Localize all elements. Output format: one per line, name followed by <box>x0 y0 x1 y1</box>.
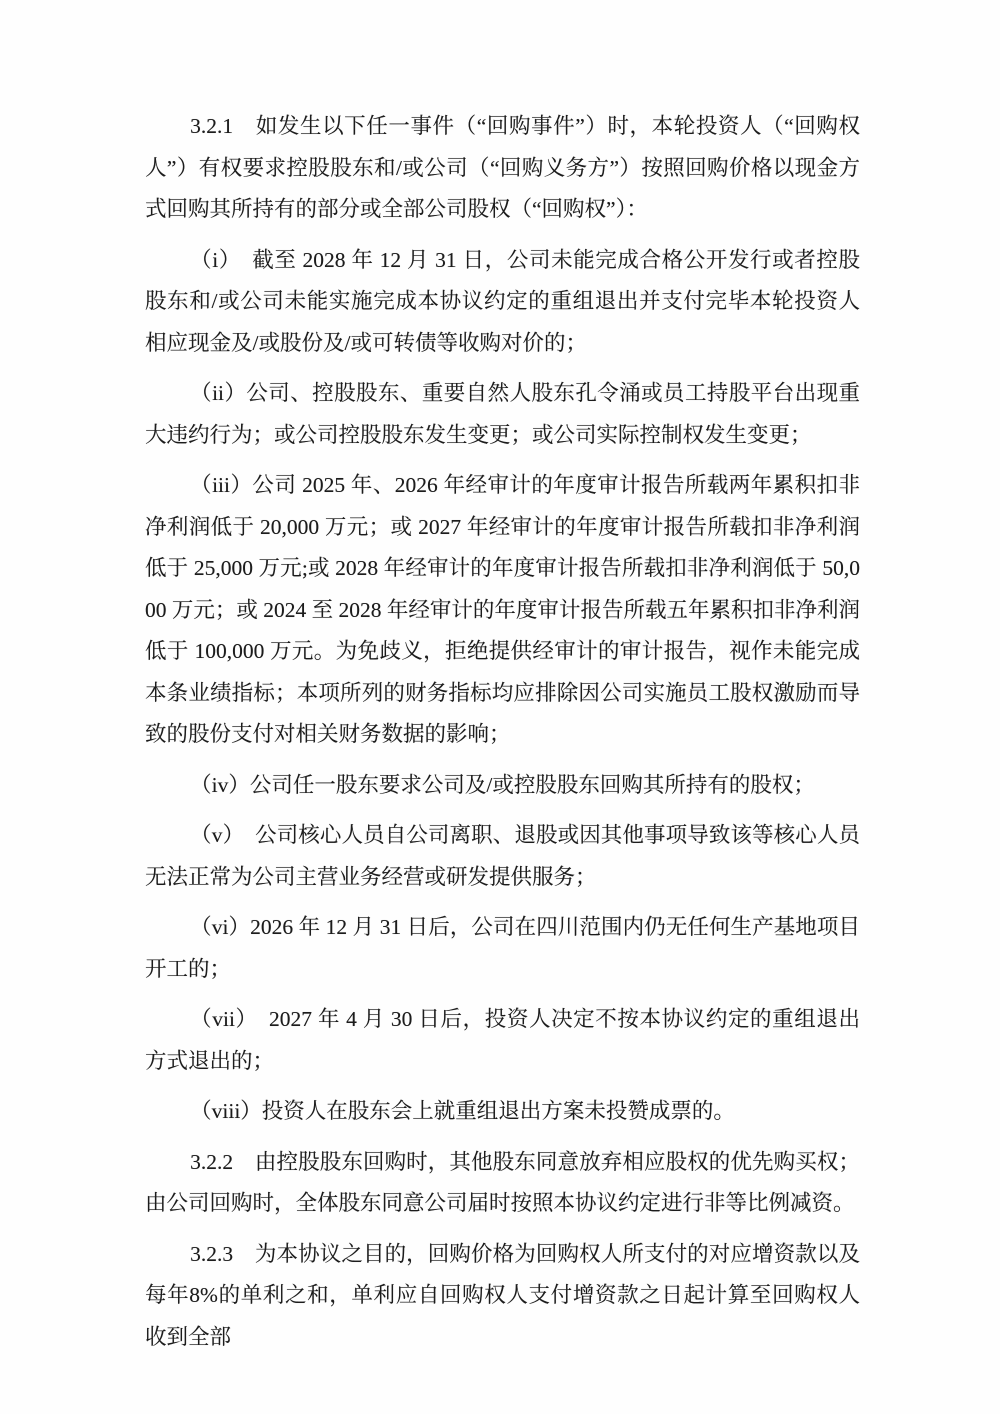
paragraph-iv: （iv）公司任一股东要求公司及/或控股股东回购其所持有的股权； <box>145 765 860 807</box>
document-body: 3.2.1 如发生以下任一事件（“回购事件”）时，本轮投资人（“回购权人”）有权… <box>145 106 860 1358</box>
document-page: 3.2.1 如发生以下任一事件（“回购事件”）时，本轮投资人（“回购权人”）有权… <box>0 0 1000 1414</box>
paragraph-vii: （vii） 2027 年 4 月 30 日后，投资人决定不按本协议约定的重组退出… <box>145 999 860 1082</box>
paragraph-iii: （iii）公司 2025 年、2026 年经审计的年度审计报告所载两年累积扣非净… <box>145 465 860 756</box>
paragraph-3-2-2: 3.2.2 由控股股东回购时，其他股东同意放弃相应股权的优先购买权；由公司回购时… <box>145 1142 860 1225</box>
paragraph-vi: （vi）2026 年 12 月 31 日后，公司在四川范围内仍无任何生产基地项目… <box>145 907 860 990</box>
paragraph-viii: （viii）投资人在股东会上就重组退出方案未投赞成票的。 <box>145 1091 860 1133</box>
paragraph-ii: （ii）公司、控股股东、重要自然人股东孔令涌或员工持股平台出现重大违约行为；或公… <box>145 373 860 456</box>
paragraph-v: （v） 公司核心人员自公司离职、退股或因其他事项导致该等核心人员无法正常为公司主… <box>145 815 860 898</box>
paragraph-i: （i） 截至 2028 年 12 月 31 日，公司未能完成合格公开发行或者控股… <box>145 240 860 365</box>
paragraph-3-2-3: 3.2.3 为本协议之目的，回购价格为回购权人所支付的对应增资款以及每年8%的单… <box>145 1234 860 1359</box>
paragraph-3-2-1: 3.2.1 如发生以下任一事件（“回购事件”）时，本轮投资人（“回购权人”）有权… <box>145 106 860 231</box>
